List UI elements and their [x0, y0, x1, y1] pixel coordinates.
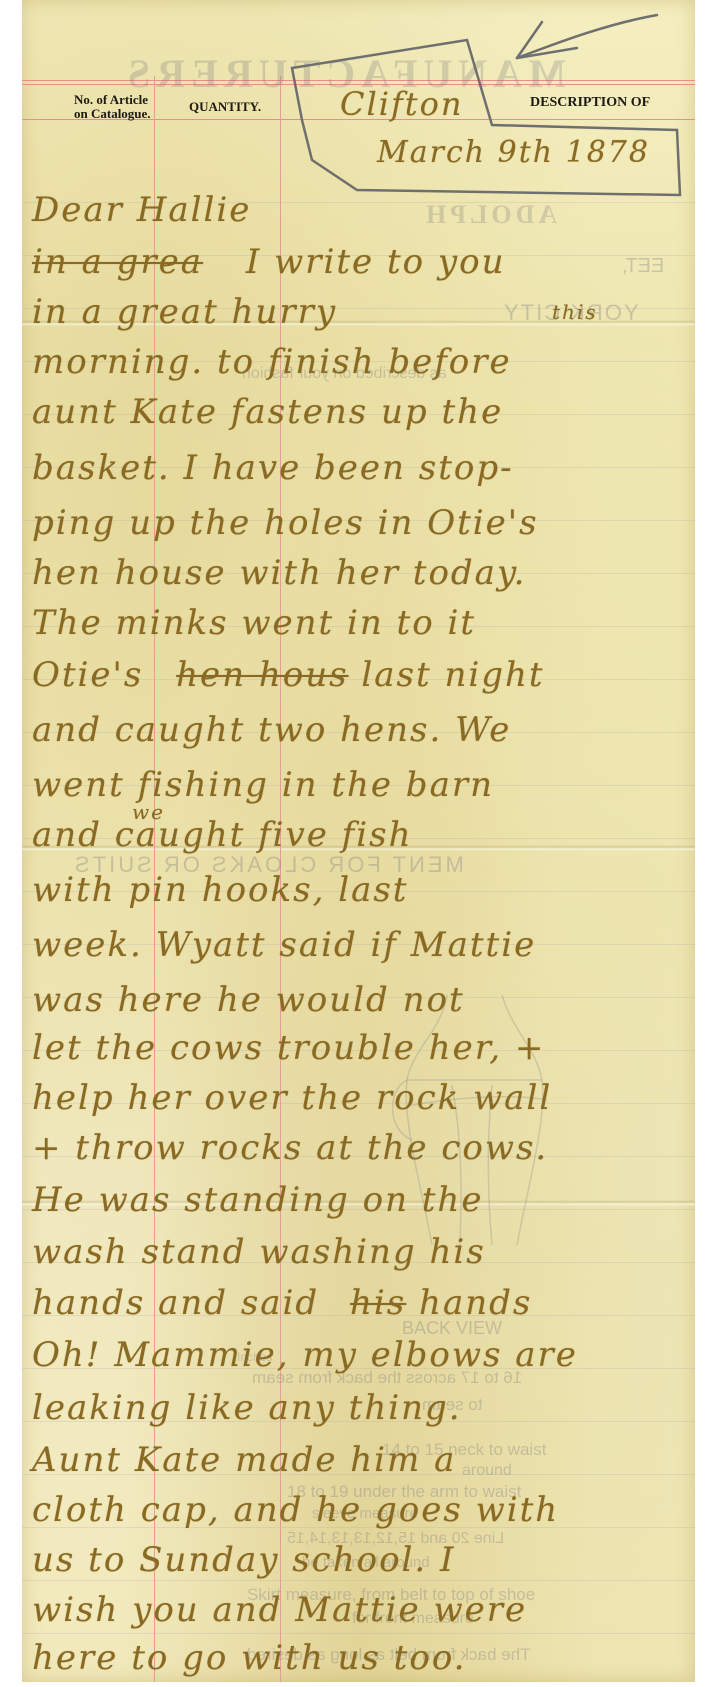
- letter-line: Aunt Kate made him a: [32, 1440, 456, 1480]
- letter-paper: MANUFACTURERS ADOLPH EET, YORK CITY as d…: [22, 0, 695, 1682]
- letter-line: in a great hurry: [32, 292, 337, 332]
- letter-line: Otie's hen hous last night: [32, 655, 545, 695]
- letter-line: went fishing in the barn: [32, 765, 494, 805]
- letter-line: He was standing on the: [32, 1180, 483, 1220]
- letter-line: + throw rocks at the cows.: [32, 1128, 548, 1168]
- struck-text: hen hous: [176, 655, 348, 695]
- insertion-text: this: [552, 300, 598, 324]
- letter-line: in a grea I write to you: [32, 242, 505, 282]
- letter-salutation: Dear Hallie: [32, 190, 251, 230]
- letter-line: us to Sunday school. I: [32, 1540, 455, 1580]
- letter-date: March 9th 1878: [377, 135, 650, 170]
- letter-line: and caught five fish: [32, 815, 412, 855]
- letter-line: The minks went in to it: [32, 603, 476, 643]
- letter-line: Oh! Mammie, my elbows are: [32, 1335, 578, 1375]
- letter-line: aunt Kate fastens up the: [32, 392, 503, 432]
- letter-line: ping up the holes in Otie's: [32, 503, 539, 543]
- letter-line: leaking like any thing.: [32, 1388, 462, 1428]
- letter-line: with pin hooks, last: [32, 870, 408, 910]
- letter-line: and caught two hens. We: [32, 710, 511, 750]
- letter-line: week. Wyatt said if Mattie: [32, 925, 536, 965]
- show-through-text: EET,: [622, 255, 664, 278]
- struck-text: in a grea: [32, 242, 203, 282]
- pencil-arrow-icon: [517, 15, 657, 58]
- letter-line: basket. I have been stop-: [32, 448, 514, 488]
- struck-text: his: [350, 1283, 406, 1323]
- letter-place: Clifton: [340, 85, 464, 123]
- letter-line: hands and said his hands: [32, 1283, 532, 1323]
- letter-line: let the cows trouble her, +: [32, 1028, 545, 1068]
- letter-line: here to go with us too.: [32, 1638, 467, 1678]
- letter-line: wish you and Mattie were: [32, 1590, 527, 1630]
- show-through-text: around: [462, 1462, 512, 1480]
- letter-line: cloth cap, and he goes with: [32, 1490, 559, 1530]
- letter-line: was here he would not: [32, 980, 465, 1020]
- letter-line: wash stand washing his: [32, 1232, 486, 1272]
- letter-line: help her over the rock wall: [32, 1078, 552, 1118]
- letter-line: morning. to finish before: [32, 342, 512, 382]
- letter-line: hen house with her today.: [32, 553, 526, 593]
- show-through-text: ADOLPH: [422, 200, 557, 230]
